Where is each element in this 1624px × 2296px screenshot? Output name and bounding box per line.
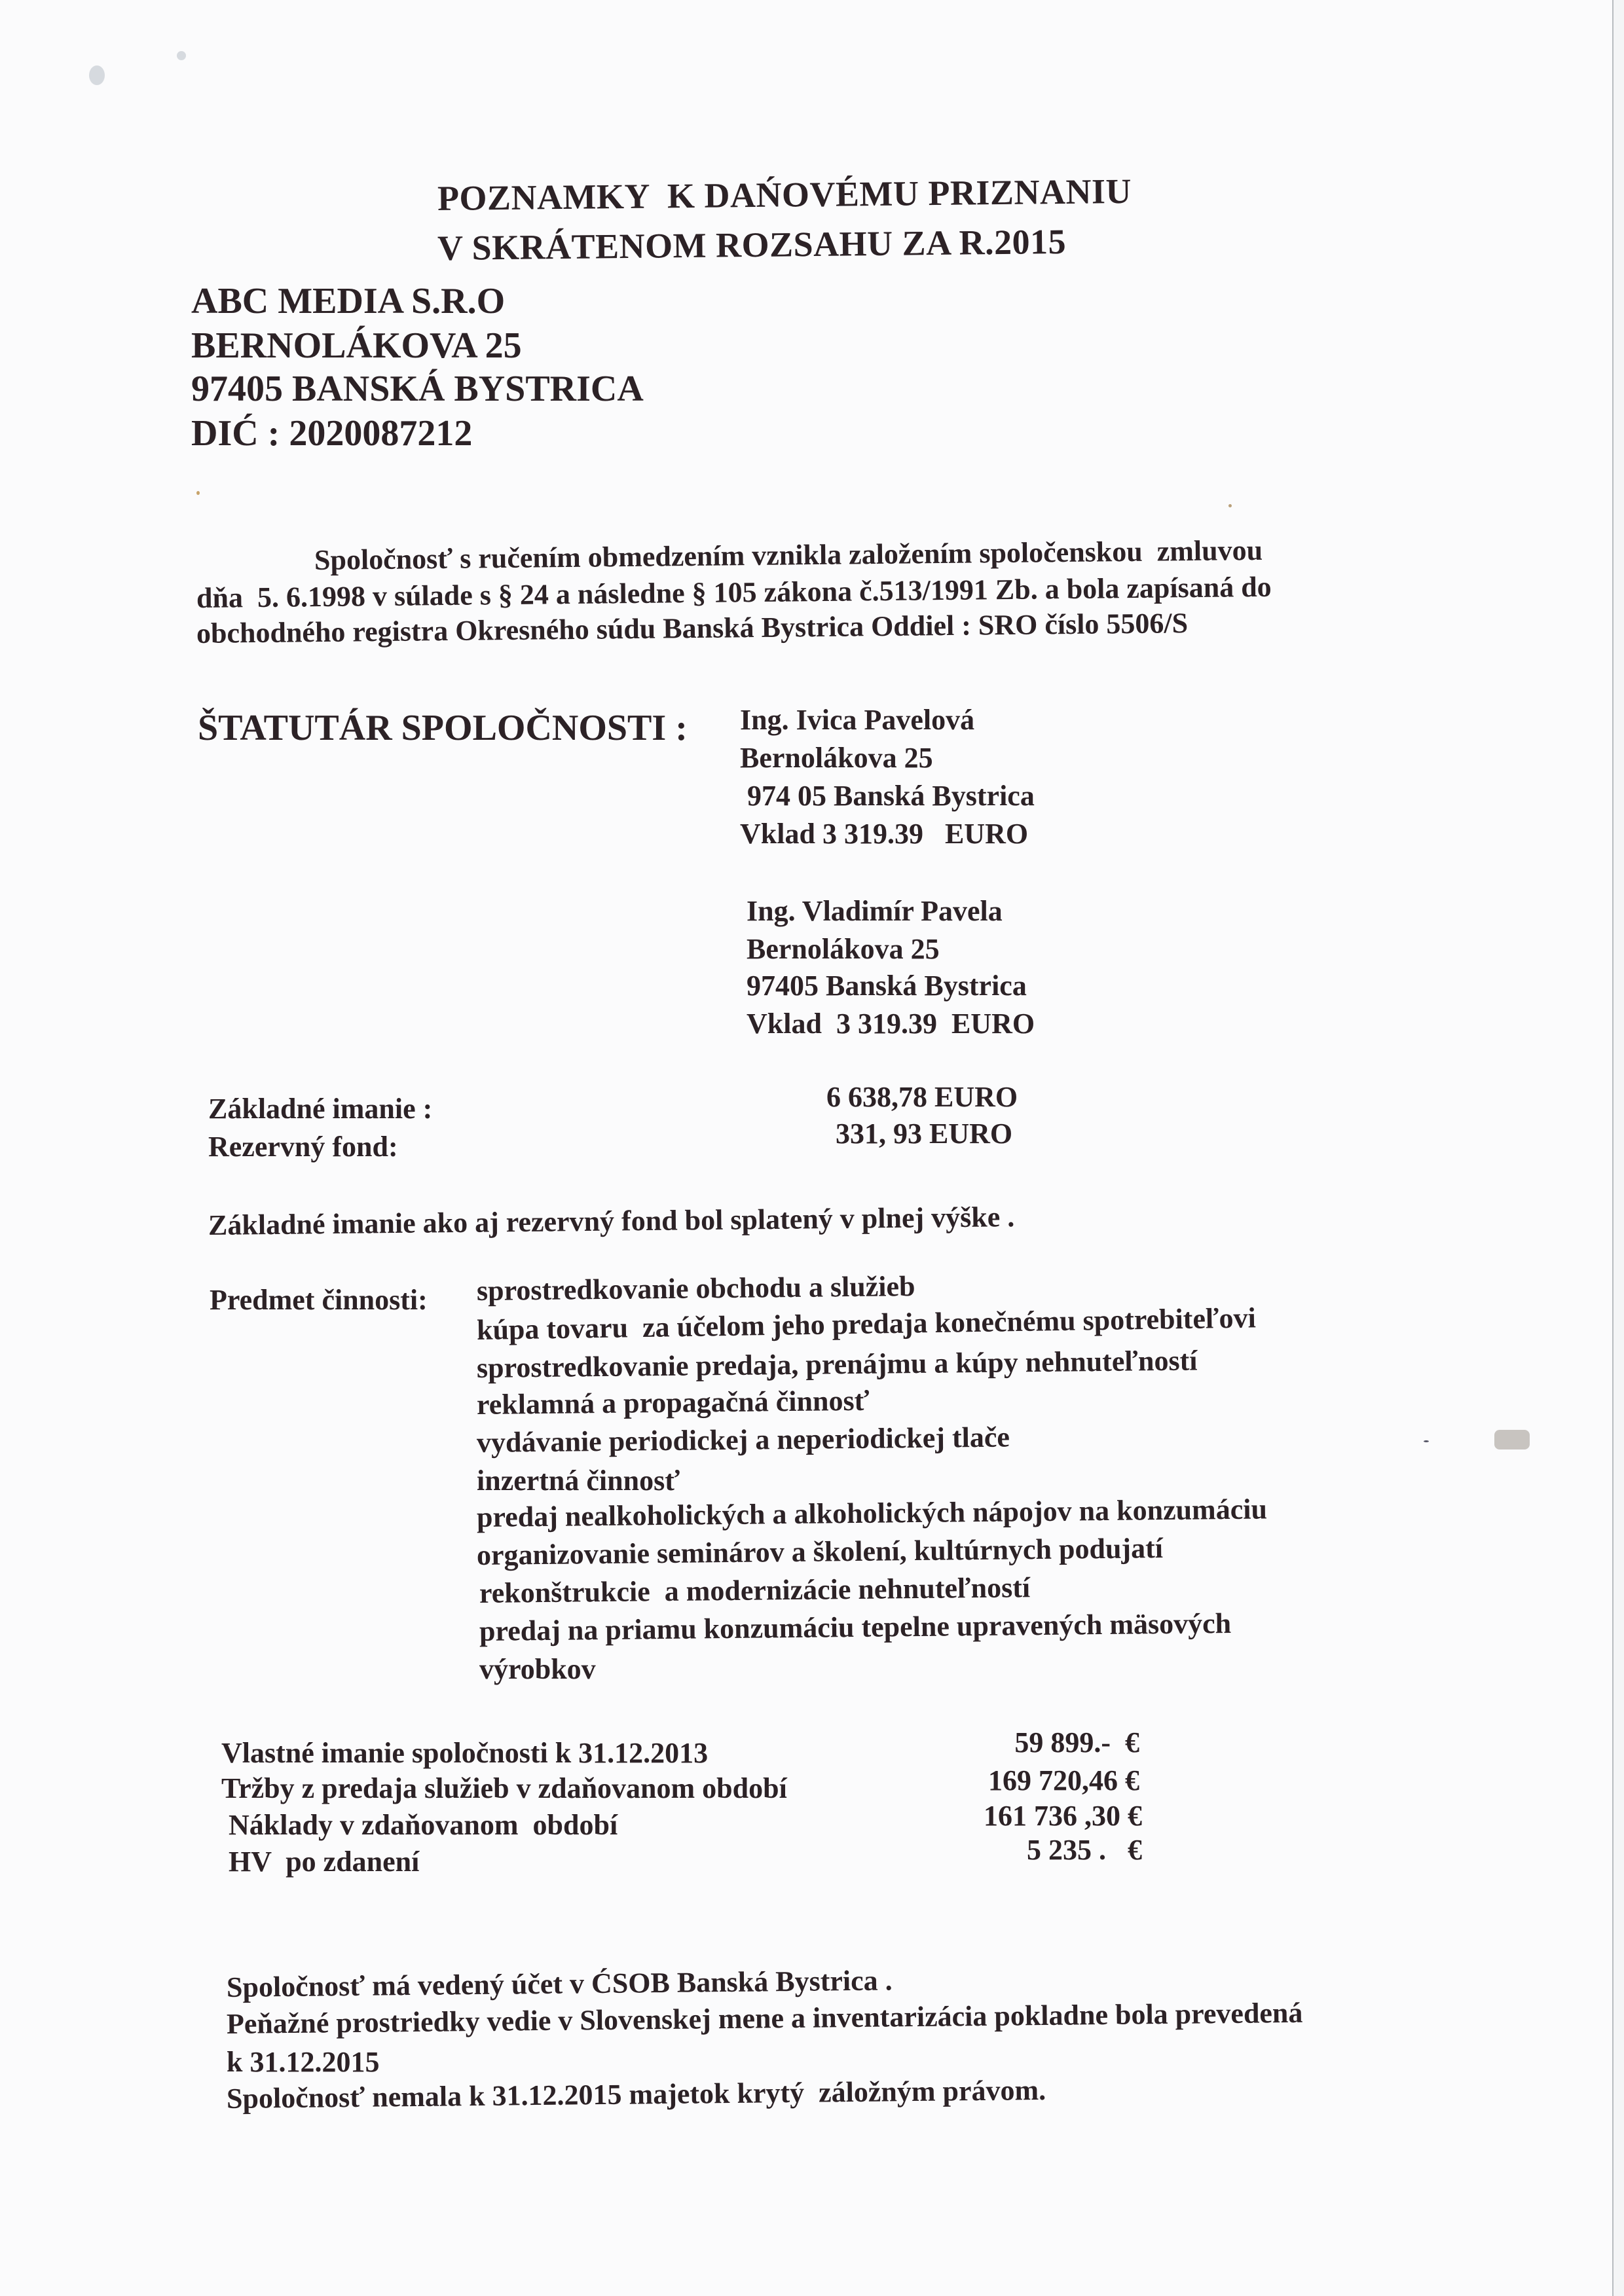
activities-label: Predmet činnosti: xyxy=(210,1283,428,1317)
scan-speck xyxy=(1424,1440,1429,1442)
activity-item: sprostredkovanie obchodu a služieb xyxy=(477,1269,915,1307)
person-city: 974 05 Banská Bystrica xyxy=(740,779,1035,812)
financials-value: 169 720,46 € xyxy=(851,1764,1139,1797)
base-capital-value: 6 638,78 EURO xyxy=(826,1080,1018,1114)
closing-line-3: k 31.12.2015 xyxy=(227,2045,379,2079)
activity-item: výrobkov xyxy=(479,1652,596,1686)
person-name: Ing. Ivica Pavelová xyxy=(740,703,974,737)
staple-mark xyxy=(177,51,186,60)
base-capital-label: Základné imanie : xyxy=(208,1092,432,1125)
document-title-line-2: V SKRÁTENOM ROZSAHU ZA R.2015 xyxy=(437,221,1067,268)
person-street: Bernolákova 25 xyxy=(740,741,933,774)
scanned-page: POZNAMKY K DAŃOVÉMU PRIZNANIU V SKRÁTENO… xyxy=(0,0,1614,2296)
statutory-label: ŠTATUTÁR SPOLOČNOSTI : xyxy=(198,707,688,749)
financials-value: 59 899.- € xyxy=(851,1726,1139,1759)
company-tax-id: DIĆ : 2020087212 xyxy=(191,412,472,454)
scan-speck xyxy=(1228,504,1232,507)
company-street: BERNOLÁKOVA 25 xyxy=(191,325,522,367)
company-name: ABC MEDIA S.R.O xyxy=(191,280,505,322)
financials-label: Tržby z predaja služieb v zdaňovanom obd… xyxy=(221,1772,787,1805)
activity-item: predaj nealkoholických a alkoholických n… xyxy=(477,1492,1267,1534)
closing-line-4: Spoločnosť nemala k 31.12.2015 majetok k… xyxy=(227,2073,1046,2115)
document-title-line-1: POZNAMKY K DAŃOVÉMU PRIZNANIU xyxy=(437,171,1132,219)
person-deposit: Vklad 3 319.39 EURO xyxy=(747,1007,1035,1040)
activity-item: sprostredkovanie predaja, prenájmu a kúp… xyxy=(477,1343,1198,1385)
scan-artifact xyxy=(1494,1430,1530,1449)
activity-item: vydávanie periodickej a neperiodickej tl… xyxy=(477,1420,1010,1459)
activity-item: organizovanie seminárov a školení, kultú… xyxy=(477,1531,1163,1572)
financials-label: Náklady v zdaňovanom období xyxy=(221,1808,618,1842)
person-name: Ing. Vladimír Pavela xyxy=(747,894,1003,928)
reserve-fund-label: Rezervný fond: xyxy=(208,1130,398,1163)
financials-value: 161 736 ,30 € xyxy=(851,1799,1142,1832)
financials-label: HV po zdanení xyxy=(221,1845,419,1878)
person-city: 97405 Banská Bystrica xyxy=(747,969,1027,1002)
financials-value: 5 235 . € xyxy=(851,1833,1142,1867)
person-street: Bernolákova 25 xyxy=(747,932,940,966)
activity-item: rekonštrukcie a modernizácie nehnuteľnos… xyxy=(479,1571,1031,1610)
intro-line-1: Spoločnosť s ručením obmedzením vznikla … xyxy=(314,534,1263,577)
capital-paid-note: Základné imanie ako aj rezervný fond bol… xyxy=(208,1200,1015,1242)
scan-speck xyxy=(196,491,200,495)
activity-item: inzertná činnosť xyxy=(477,1464,680,1497)
person-deposit: Vklad 3 319.39 EURO xyxy=(740,817,1028,850)
activity-item: predaj na priamu konzumáciu tepelne upra… xyxy=(479,1607,1232,1648)
activity-item: reklamná a propagačná činnosť xyxy=(477,1384,870,1421)
closing-line-1: Spoločnosť má vedený účet v ĆSOB Banská … xyxy=(227,1963,893,2004)
closing-line-2: Peňažné prostriedky vedie v Slovenskej m… xyxy=(227,1996,1303,2041)
company-city: 97405 BANSKÁ BYSTRICA xyxy=(191,368,644,410)
staple-mark xyxy=(89,65,105,85)
reserve-fund-value: 331, 93 EURO xyxy=(836,1117,1012,1150)
financials-label: Vlastné imanie spoločnosti k 31.12.2013 xyxy=(221,1736,708,1770)
activity-item: kúpa tovaru za účelom jeho predaja koneč… xyxy=(477,1301,1257,1347)
